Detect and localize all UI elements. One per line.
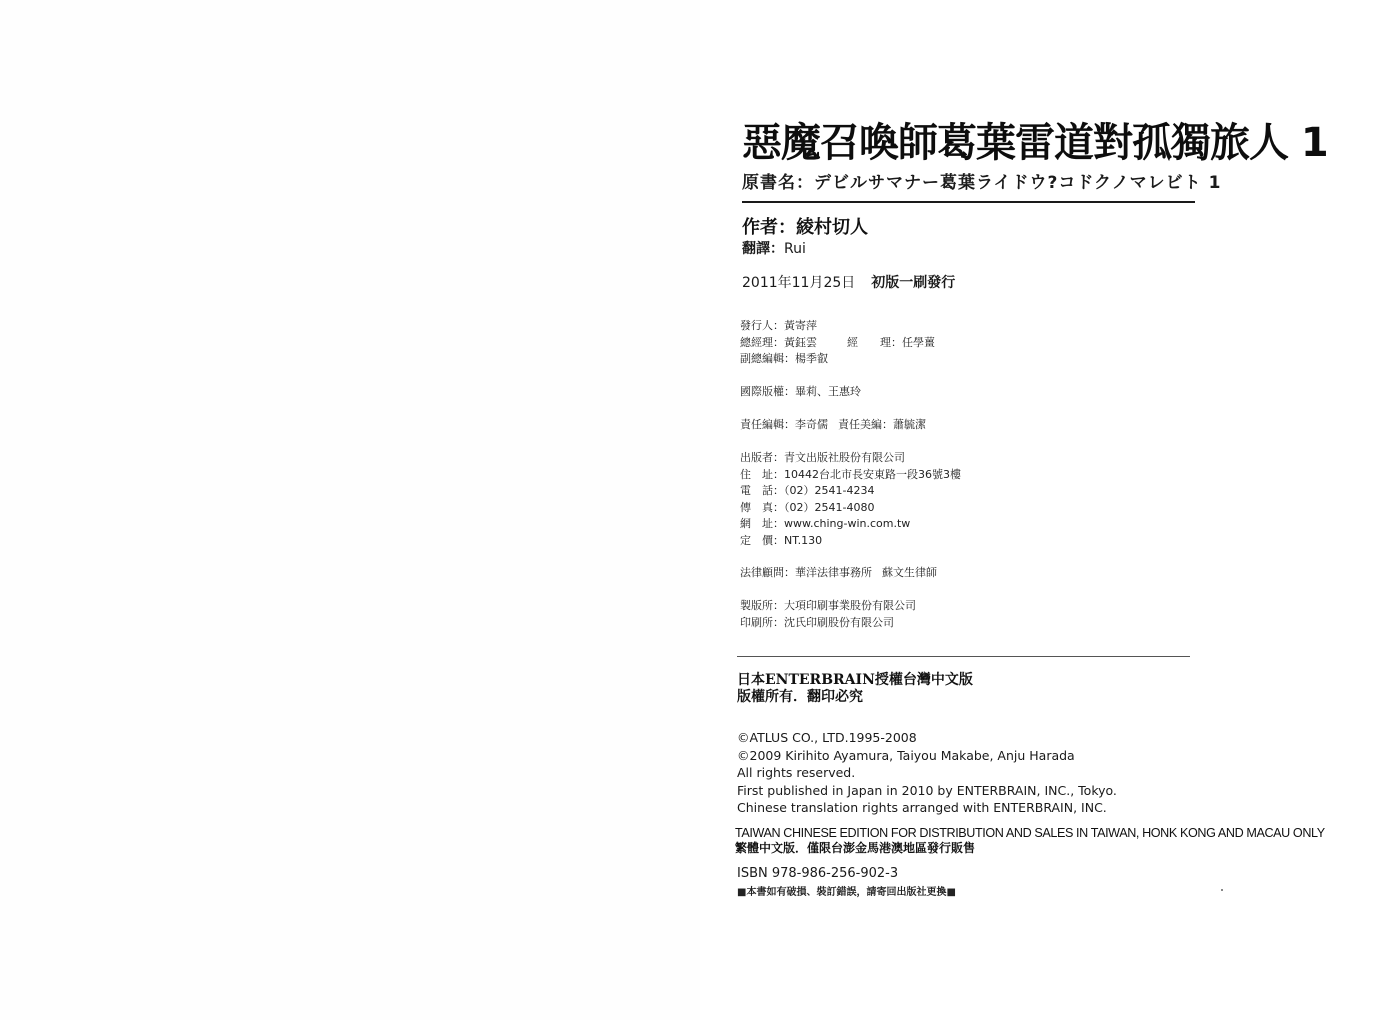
publication-info: 2011年11月25日初版一刷發行 <box>742 273 955 293</box>
staff-credits: 發行人：黃寄萍 總經理：黃鈺雲經 理：任學薑 副總編輯：楊季叡 <box>740 318 935 368</box>
book-title: 惡魔召喚師葛葉雷道對孤獨旅人 1 <box>742 118 1328 168</box>
copyright-line: Chinese translation rights arranged with… <box>737 799 1117 817</box>
scan-speck <box>1221 889 1223 891</box>
publisher-info: 出版者：青文出版社股份有限公司 住 址：10442台北市長安東路一段36號3樓 … <box>740 450 961 549</box>
left-blank-page <box>0 0 700 1020</box>
translator-label: 翻譯： <box>742 241 784 257</box>
license-notice: 日本ENTERBRAIN授權台灣中文版 版權所有．翻印必究 <box>737 672 973 706</box>
copyright-line: ©2009 Kirihito Ayamura, Taiyou Makabe, A… <box>737 747 1117 765</box>
address: 住 址：10442台北市長安東路一段36號3樓 <box>740 467 961 484</box>
phone: 電 話：（02）2541-4234 <box>740 483 961 500</box>
distribution-notice: TAIWAN CHINESE EDITION FOR DISTRIBUTION … <box>735 826 1325 856</box>
lawyer: 蘇文生律師 <box>882 566 937 579</box>
legal-row: 法律顧問：華洋法律事務所蘇文生律師 <box>740 565 937 582</box>
website: 網 址：www.ching-win.com.tw <box>740 516 961 533</box>
isbn: ISBN 978-986-256-902-3 <box>737 865 898 883</box>
publication-date: 2011年11月25日 <box>742 275 855 291</box>
translator-name: Rui <box>784 241 806 257</box>
responsible-editor: 責任編輯：李奇儒 <box>740 418 828 431</box>
publisher-person: 發行人：黃寄萍 <box>740 318 935 335</box>
copyright-line: First published in Japan in 2010 by ENTE… <box>737 782 1117 800</box>
license-divider <box>737 656 1190 657</box>
distribution-english: TAIWAN CHINESE EDITION FOR DISTRIBUTION … <box>735 826 1325 841</box>
publisher: 出版者：青文出版社股份有限公司 <box>740 450 961 467</box>
printer: 印刷所：沈氏印刷股份有限公司 <box>740 615 916 632</box>
manager: 經 理：任學薑 <box>847 336 935 349</box>
legal-counsel: 法律顧問：華洋法律事務所 <box>740 566 872 579</box>
edition: 初版一刷發行 <box>871 275 955 291</box>
printing-info: 製版所：大項印刷事業股份有限公司 印刷所：沈氏印刷股份有限公司 <box>740 598 916 631</box>
managers-row: 總經理：黃鈺雲經 理：任學薑 <box>740 335 935 352</box>
translator: 翻譯：Rui <box>742 240 806 258</box>
author: 作者：綾村切人 <box>742 216 868 240</box>
license-line-1: 日本ENTERBRAIN授權台灣中文版 <box>737 672 973 689</box>
art-editor: 責任美編：蕭毓潔 <box>838 418 926 431</box>
copyright-block: ©ATLUS CO., LTD.1995-2008 ©2009 Kirihito… <box>737 729 1117 817</box>
copyright-line: All rights reserved. <box>737 764 1117 782</box>
fax: 傳 真：（02）2541-4080 <box>740 500 961 517</box>
title-divider <box>742 201 1195 203</box>
plate-maker: 製版所：大項印刷事業股份有限公司 <box>740 598 916 615</box>
distribution-chinese: 繁體中文版．僅限台澎金馬港澳地區發行販售 <box>735 841 1325 856</box>
original-title: 原書名：デビルサマナー葛葉ライドウ?コドクノマレビト 1 <box>742 172 1221 194</box>
price: 定 價：NT.130 <box>740 533 961 550</box>
deputy-editor: 副總編輯：楊季叡 <box>740 351 935 368</box>
license-line-2: 版權所有．翻印必究 <box>737 689 973 706</box>
copyright-line: ©ATLUS CO., LTD.1995-2008 <box>737 729 1117 747</box>
editors-row: 責任編輯：李奇儒責任美編：蕭毓潔 <box>740 417 926 434</box>
international-rights: 國際版權：畢莉、王惠玲 <box>740 384 861 401</box>
defect-notice: ■本書如有破損、裝訂錯誤，請寄回出版社更換■ <box>737 886 956 900</box>
general-manager: 總經理：黃鈺雲 <box>740 336 817 349</box>
